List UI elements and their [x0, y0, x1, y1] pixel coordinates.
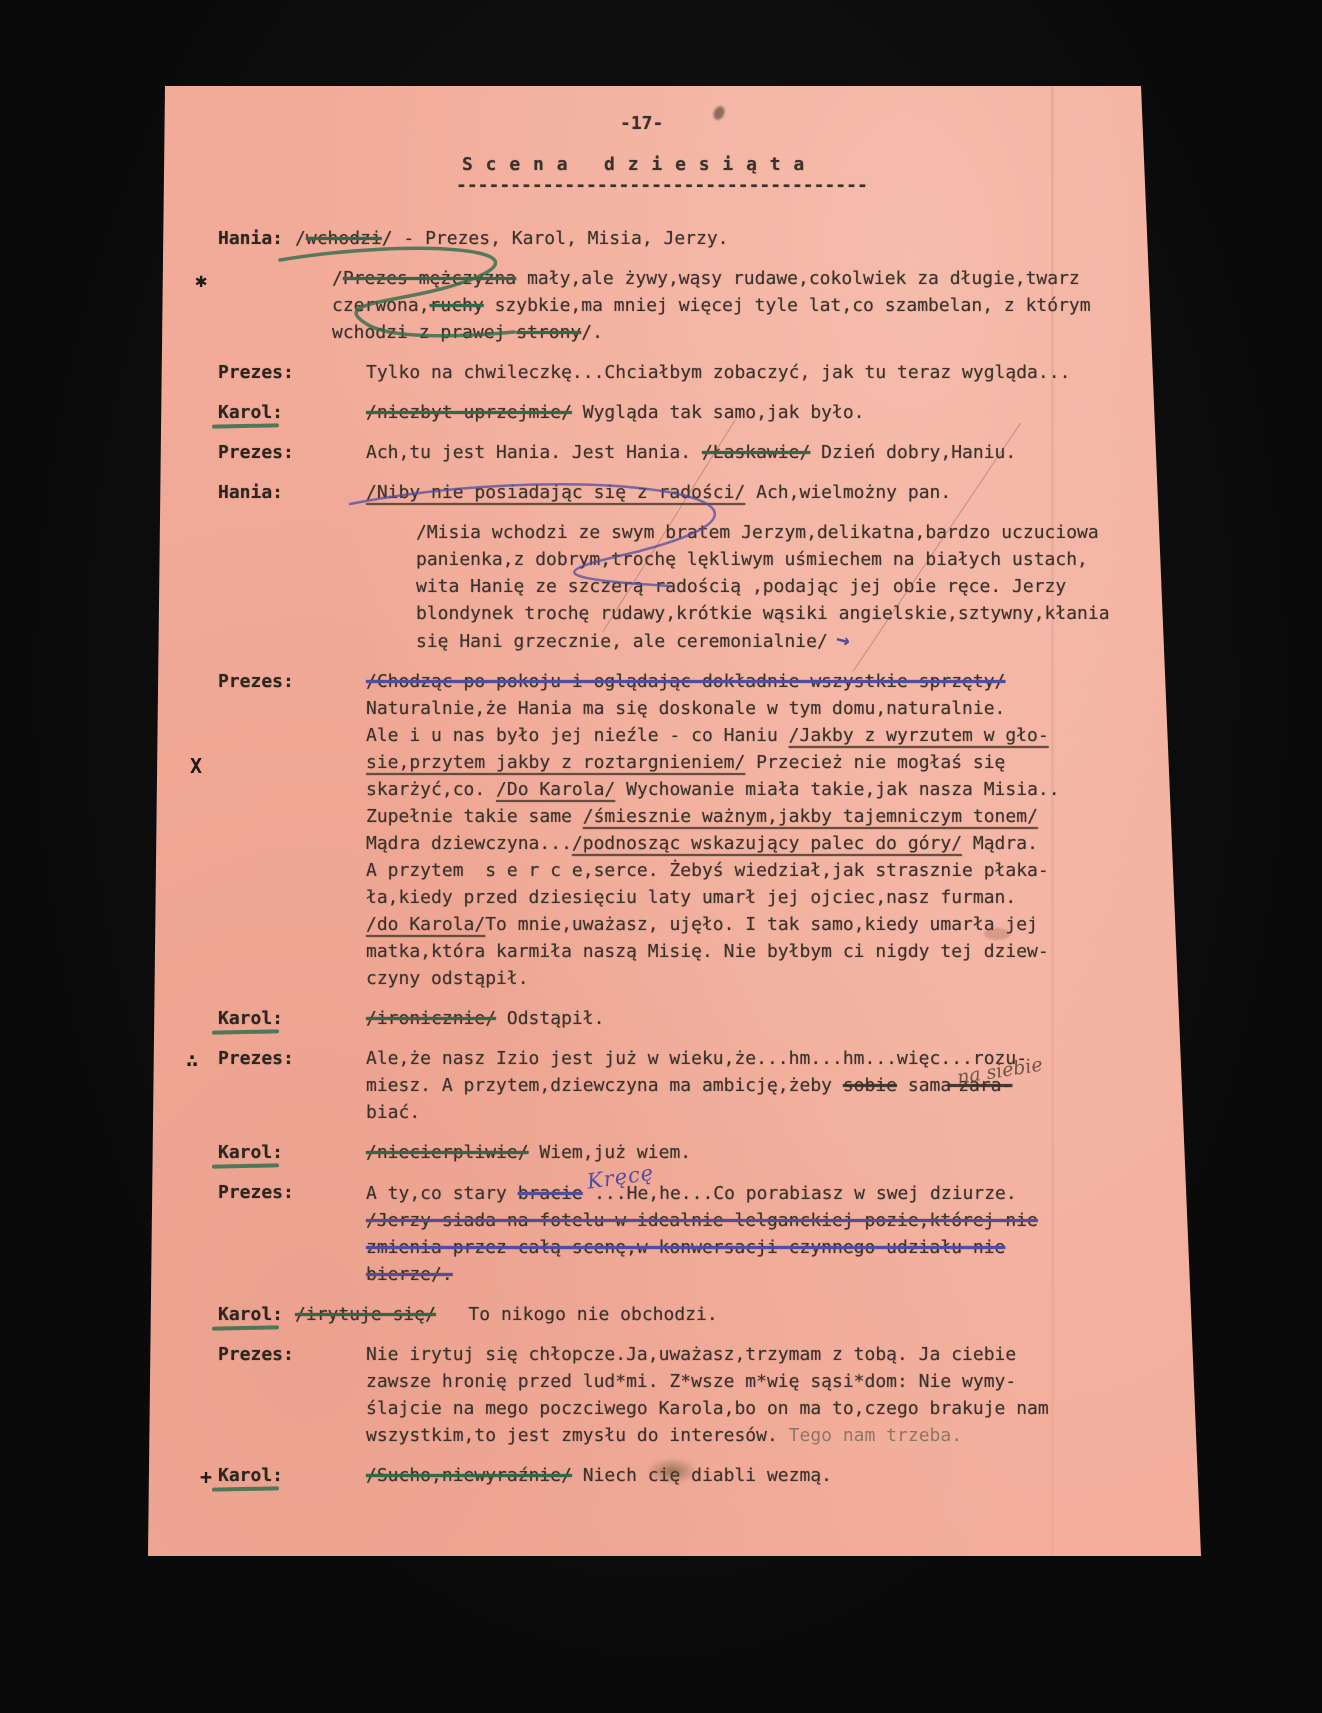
script-line: wszystkim,to jest zmysłu do interesów. T… [366, 1422, 1204, 1449]
struck-text: bracie [518, 1183, 583, 1204]
speaker-label: Karol: [218, 1142, 283, 1163]
speaker-label: Prezes: [218, 442, 294, 463]
speaker-column: Prezes: [218, 359, 366, 386]
typed-text: ...He,he...Co porabiasz w swej dziurze. [594, 1183, 1017, 1204]
document-page: -17- S c e n a d z i e s i ą t a -------… [148, 86, 1204, 1556]
script-line: Ach,tu jest Hania. Jest Hania. /Łaskawie… [366, 439, 1204, 466]
typed-text: / [295, 228, 306, 249]
script-line: ła,kiedy przed dziesięciu laty umarł jej… [366, 884, 1204, 911]
typed-text: zawsze hronię przed lud*mi. Z*wsze m*wię… [366, 1371, 1016, 1392]
script-line: czyny odstąpił. [366, 965, 1204, 992]
script-line: /ironicznie/ Odstąpił. [366, 1005, 1204, 1032]
dialogue-text: Tylko na chwileczkę...Chciałbym zobaczyć… [366, 359, 1204, 386]
typed-text: / - Prezes, Karol, Misia, Jerzy. [382, 228, 729, 249]
typed-text: /Misia wchodzi ze swym bratem Jerzym,del… [416, 522, 1099, 543]
dialogue-entry: Karol:/irytuje się/ To nikogo nie obchod… [218, 1301, 1204, 1328]
struck-text: /irytuje się/ [295, 1304, 436, 1325]
script-line: zmienia przez całą scenę,w konwersacji c… [366, 1234, 1204, 1261]
script-line: Ale i u nas było jej nieźle - co Haniu /… [366, 722, 1204, 749]
struck-text: Prezes mężczyzna [343, 268, 516, 289]
script-line: matka,która karmiła naszą Misię. Nie był… [366, 938, 1204, 965]
speaker-column: Karol: [218, 1005, 366, 1032]
dialogue-text: A ty,co stary bracieKręcę...He,he...Co p… [366, 1179, 1204, 1288]
dialogue-entry: ∴Prezes:Ale,że nasz Izio jest już w wiek… [218, 1045, 1204, 1126]
typed-text: Niech cię diabli wezmą. [572, 1465, 832, 1486]
typed-text: Dzień dobry,Haniu. [810, 442, 1016, 463]
script-line: biać. [366, 1099, 1204, 1126]
script-line: A ty,co stary bracieKręcę...He,he...Co p… [366, 1179, 1204, 1207]
speaker-label: Karol: [218, 1008, 283, 1029]
typed-text: A przytem s e r c e,serce. Żebyś wiedzia… [366, 860, 1049, 881]
typed-text: sie,przytem jakby z roztargnieniem/ [366, 752, 745, 773]
typed-text: ła,kiedy przed dziesięciu laty umarł jej… [366, 887, 1016, 908]
typed-text: mały,ale żywy,wąsy rudawe,cokolwiek za d… [516, 268, 1080, 289]
typed-text: blondynek trochę rudawy,krótkie wąsiki a… [416, 603, 1110, 624]
speaker-column: Prezes: [218, 439, 366, 466]
dialogue-text: /niecierpliwie/ Wiem,już wiem. [366, 1139, 1204, 1166]
typed-text: miesz. A przytem,dziewczyna ma ambicję,ż… [366, 1075, 843, 1096]
speaker-label: Karol: [218, 402, 283, 423]
speaker-label: Prezes: [218, 362, 294, 383]
typed-text: matka,która karmiła naszą Misię. Nie był… [366, 941, 1049, 962]
typed-text: czyny odstąpił. [366, 968, 529, 989]
script-line: sie,przytem jakby z roztargnieniem/ Prze… [366, 749, 1204, 776]
script-line: czerwona,ruchy szybkie,ma mniej więcej t… [332, 292, 1204, 319]
stage-direction-paragraph: /Misia wchodzi ze swym bratem Jerzym,del… [218, 519, 1204, 655]
script-line: /Chodząc po pokoju i oglądając dokładnie… [366, 668, 1204, 695]
dialogue-entry: Karol:/niecierpliwie/ Wiem,już wiem. [218, 1139, 1204, 1166]
struck-text: /Jerzy siada na fotelu w idealnie lelgan… [366, 1210, 1038, 1231]
typed-text: Wygląda tak samo,jak było. [572, 402, 865, 423]
typed-text: Mądra dziewczyna... [366, 833, 572, 854]
handwritten-margin-mark: ∴ [186, 1047, 198, 1074]
typed-text: czerwona, [332, 295, 430, 316]
typed-text: wszystkim,to jest zmysłu do interesów. [366, 1425, 778, 1446]
speaker-label: Hania: [218, 482, 283, 503]
typed-text: Zupełnie takie same [366, 806, 583, 827]
dialogue-text: Ale,że nasz Izio jest już w wieku,że...h… [366, 1045, 1204, 1126]
typed-text: panienka,z dobrym,trochę lękliwym uśmiec… [416, 549, 1088, 570]
speaker-label: Prezes: [218, 1344, 294, 1365]
script-line: wchodzi z prawej strony/. [332, 319, 1204, 346]
typed-text: Ach,tu jest Hania. Jest Hania. [366, 442, 702, 463]
script-line: się Hani grzecznie, ale ceremonialnie/→ [416, 627, 1204, 655]
dialogue-text: /Chodząc po pokoju i oglądając dokładnie… [366, 668, 1204, 992]
typed-text: /podnosząc wskazujący palec do góry/ [572, 833, 962, 854]
typed-text: /śmiesznie ważnym,jakby tajemniczym tone… [583, 806, 1038, 827]
struck-text: /Sucho,niewyraźnie/ [366, 1465, 572, 1486]
struck-text: bierze/. [366, 1264, 453, 1285]
typed-text: ślajcie na mego poczciwego Karola,bo on … [366, 1398, 1049, 1419]
inline-dialogue-line: Karol:/irytuje się/ To nikogo nie obchod… [218, 1301, 718, 1328]
dialogue-entry: Hania:/wchodzi/ - Prezes, Karol, Misia, … [218, 225, 1204, 252]
typed-text: Odstąpił. [496, 1008, 604, 1029]
dialogue-entry: Hania:/Niby nie posiadając się z radości… [218, 479, 1204, 506]
typed-text: /Jakby z wyrzutem w gło- [789, 725, 1049, 746]
script-line: Tylko na chwileczkę...Chciałbym zobaczyć… [366, 359, 1204, 386]
typed-text: Wychowanie miała takie,jak nasza Misia.. [615, 779, 1059, 800]
script-line: miesz. A przytem,dziewczyna ma ambicję,ż… [366, 1072, 1204, 1099]
script-line: /niezbyt uprzejmie/ Wygląda tak samo,jak… [366, 399, 1204, 426]
script-line: /Misia wchodzi ze swym bratem Jerzym,del… [416, 519, 1204, 546]
typed-text: To mnie,uważasz, ujęło. I tak samo,kiedy… [485, 914, 1038, 935]
dialogue-text: /ironicznie/ Odstąpił. [366, 1005, 1204, 1032]
script-line: Zupełnie takie same /śmiesznie ważnym,ja… [366, 803, 1204, 830]
dialogue-text: /Niby nie posiadając się z radości/ Ach,… [366, 479, 1204, 506]
dialogue-text: Ach,tu jest Hania. Jest Hania. /Łaskawie… [366, 439, 1204, 466]
script-line: Mądra dziewczyna.../podnosząc wskazujący… [366, 830, 1204, 857]
typed-text: / [332, 268, 343, 289]
typed-text: wita Hanię ze szczerą radością ,podając … [416, 576, 1066, 597]
script-line: Nie irytuj się chłopcze.Ja,uważasz,trzym… [366, 1341, 1204, 1368]
inline-dialogue-line: Hania:/wchodzi/ - Prezes, Karol, Misia, … [218, 225, 729, 252]
typed-text: Ale,że nasz Izio jest już w wieku,że...h… [366, 1048, 1027, 1069]
speaker-column: Prezes: [218, 668, 366, 992]
dialogue-entry: Prezes:A ty,co stary bracieKręcę...He,he… [218, 1179, 1204, 1288]
pen-arrow-mark: → [833, 626, 853, 656]
script-line: /Niby nie posiadając się z radości/ Ach,… [366, 479, 1204, 506]
script-line: /niecierpliwie/ Wiem,już wiem. [366, 1139, 1204, 1166]
script-line: /Prezes mężczyzna mały,ale żywy,wąsy rud… [332, 265, 1204, 292]
speaker-column: Prezes: [218, 1179, 366, 1288]
struck-text: /ironicznie/ [366, 1008, 496, 1029]
script-line: A przytem s e r c e,serce. Żebyś wiedzia… [366, 857, 1204, 884]
script-line: Ale,że nasz Izio jest już w wieku,że...h… [366, 1045, 1204, 1072]
typed-text: się Hani grzecznie, ale ceremonialnie/ [416, 631, 828, 652]
handwritten-margin-mark: ✱ [195, 267, 207, 294]
struck-text: /niezbyt uprzejmie/ [366, 402, 572, 423]
struck-text: strony [516, 322, 581, 343]
struck-text: ruchy [430, 295, 484, 316]
typed-text: wchodzi z prawej [332, 322, 516, 343]
typed-text: Nie irytuj się chłopcze.Ja,uważasz,trzym… [366, 1344, 1016, 1365]
dialogue-entry: Prezes:Ach,tu jest Hania. Jest Hania. /Ł… [218, 439, 1204, 466]
speaker-label: Karol: [218, 1465, 283, 1486]
script-body: Hania:/wchodzi/ - Prezes, Karol, Misia, … [218, 225, 1204, 1489]
dialogue-entry: Karol:/ironicznie/ Odstąpił. [218, 1005, 1204, 1032]
dialogue-entry: Prezes:Nie irytuj się chłopcze.Ja,uważas… [218, 1341, 1204, 1449]
typed-text: sama [897, 1075, 951, 1096]
typed-text: /Do Karola/ [496, 779, 615, 800]
dialogue-entry: Prezes:Tylko na chwileczkę...Chciałbym z… [218, 359, 1204, 386]
typed-text: szybkie,ma mniej więcej tyle lat,co szam… [484, 295, 1091, 316]
dialogue-text: /niezbyt uprzejmie/ Wygląda tak samo,jak… [366, 399, 1204, 426]
typed-text: Wiem,już wiem. [529, 1142, 692, 1163]
script-line: bierze/. [366, 1261, 1204, 1288]
page-number: -17- [620, 110, 1204, 137]
script-line: skarżyć,co. /Do Karola/ Wychowanie miała… [366, 776, 1204, 803]
speaker-column: Karol: [218, 1139, 366, 1166]
struck-text: /Łaskawie/ [702, 442, 810, 463]
typed-text: skarżyć,co. [366, 779, 496, 800]
script-line: /do Karola/To mnie,uważasz, ujęło. I tak… [366, 911, 1204, 938]
typed-text: Naturalnie,że Hania ma się doskonale w t… [366, 698, 1005, 719]
handwritten-margin-mark: + [200, 1464, 212, 1491]
script-line: zawsze hronię przed lud*mi. Z*wsze m*wię… [366, 1368, 1204, 1395]
struck-text: sobie [843, 1075, 897, 1096]
typed-text: A ty,co stary [366, 1183, 518, 1204]
typed-text: /Niby nie posiadając się z radości/ [366, 482, 745, 503]
speaker-column: Karol: [218, 399, 366, 426]
typed-text: /do Karola/ [366, 914, 485, 935]
handwritten-margin-mark: X [190, 753, 202, 780]
script-line: Naturalnie,że Hania ma się doskonale w t… [366, 695, 1204, 722]
script-line: panienka,z dobrym,trochę lękliwym uśmiec… [416, 546, 1204, 573]
typed-text: Tylko na chwileczkę...Chciałbym zobaczyć… [366, 362, 1070, 383]
dialogue-entry: +Karol:/Sucho,niewyraźnie/ Niech cię dia… [218, 1462, 1204, 1489]
dialogue-text: Nie irytuj się chłopcze.Ja,uważasz,trzym… [366, 1341, 1204, 1449]
dialogue-entry: Karol:/niezbyt uprzejmie/ Wygląda tak sa… [218, 399, 1204, 426]
speaker-label: Karol: [218, 1304, 283, 1325]
script-line: blondynek trochę rudawy,krótkie wąsiki a… [416, 600, 1204, 627]
typed-text: Tego nam trzeba. [778, 1425, 962, 1446]
script-line: ślajcie na mego poczciwego Karola,bo on … [366, 1395, 1204, 1422]
struck-text: /niecierpliwie/ [366, 1142, 529, 1163]
script-line: /Sucho,niewyraźnie/ Niech cię diabli wez… [366, 1462, 1204, 1489]
typed-text: Przecież nie mogłaś się [745, 752, 1005, 773]
script-line: /Jerzy siada na fotelu w idealnie lelgan… [366, 1207, 1204, 1234]
speaker-column: Hania: [218, 479, 366, 506]
struck-text: /Chodząc po pokoju i oglądając dokładnie… [366, 671, 1005, 692]
typed-text: biać. [366, 1102, 420, 1123]
dialogue-text: /Sucho,niewyraźnie/ Niech cię diabli wez… [366, 1462, 1204, 1489]
speaker-column: Prezes: [218, 1045, 366, 1126]
typed-text: Mądra. [962, 833, 1038, 854]
typed-text: Ale i u nas było jej nieźle - co Haniu [366, 725, 789, 746]
speaker-label: Prezes: [218, 1182, 294, 1203]
stage-direction-paragraph: ✱/Prezes mężczyzna mały,ale żywy,wąsy ru… [218, 265, 1204, 346]
typed-text: To nikogo nie obchodzi. [436, 1304, 718, 1325]
script-line: wita Hanię ze szczerą radością ,podając … [416, 573, 1204, 600]
struck-text: zmienia przez całą scenę,w konwersacji c… [366, 1237, 1005, 1258]
speaker-column: Prezes: [218, 1341, 366, 1449]
speaker-label: Hania: [218, 228, 283, 249]
speaker-label: Prezes: [218, 1048, 294, 1069]
struck-text: wchodzi [306, 228, 382, 249]
scanner-background: -17- S c e n a d z i e s i ą t a -------… [0, 0, 1322, 1713]
typed-text: /. [581, 322, 603, 343]
speaker-column: Karol: [218, 1462, 366, 1489]
speaker-label: Prezes: [218, 671, 294, 692]
typed-text: Ach,wielmożny pan. [745, 482, 951, 503]
dialogue-entry: XPrezes:/Chodząc po pokoju i oglądając d… [218, 668, 1204, 992]
title-underline-rule: -------------------------------------- [456, 172, 1204, 199]
